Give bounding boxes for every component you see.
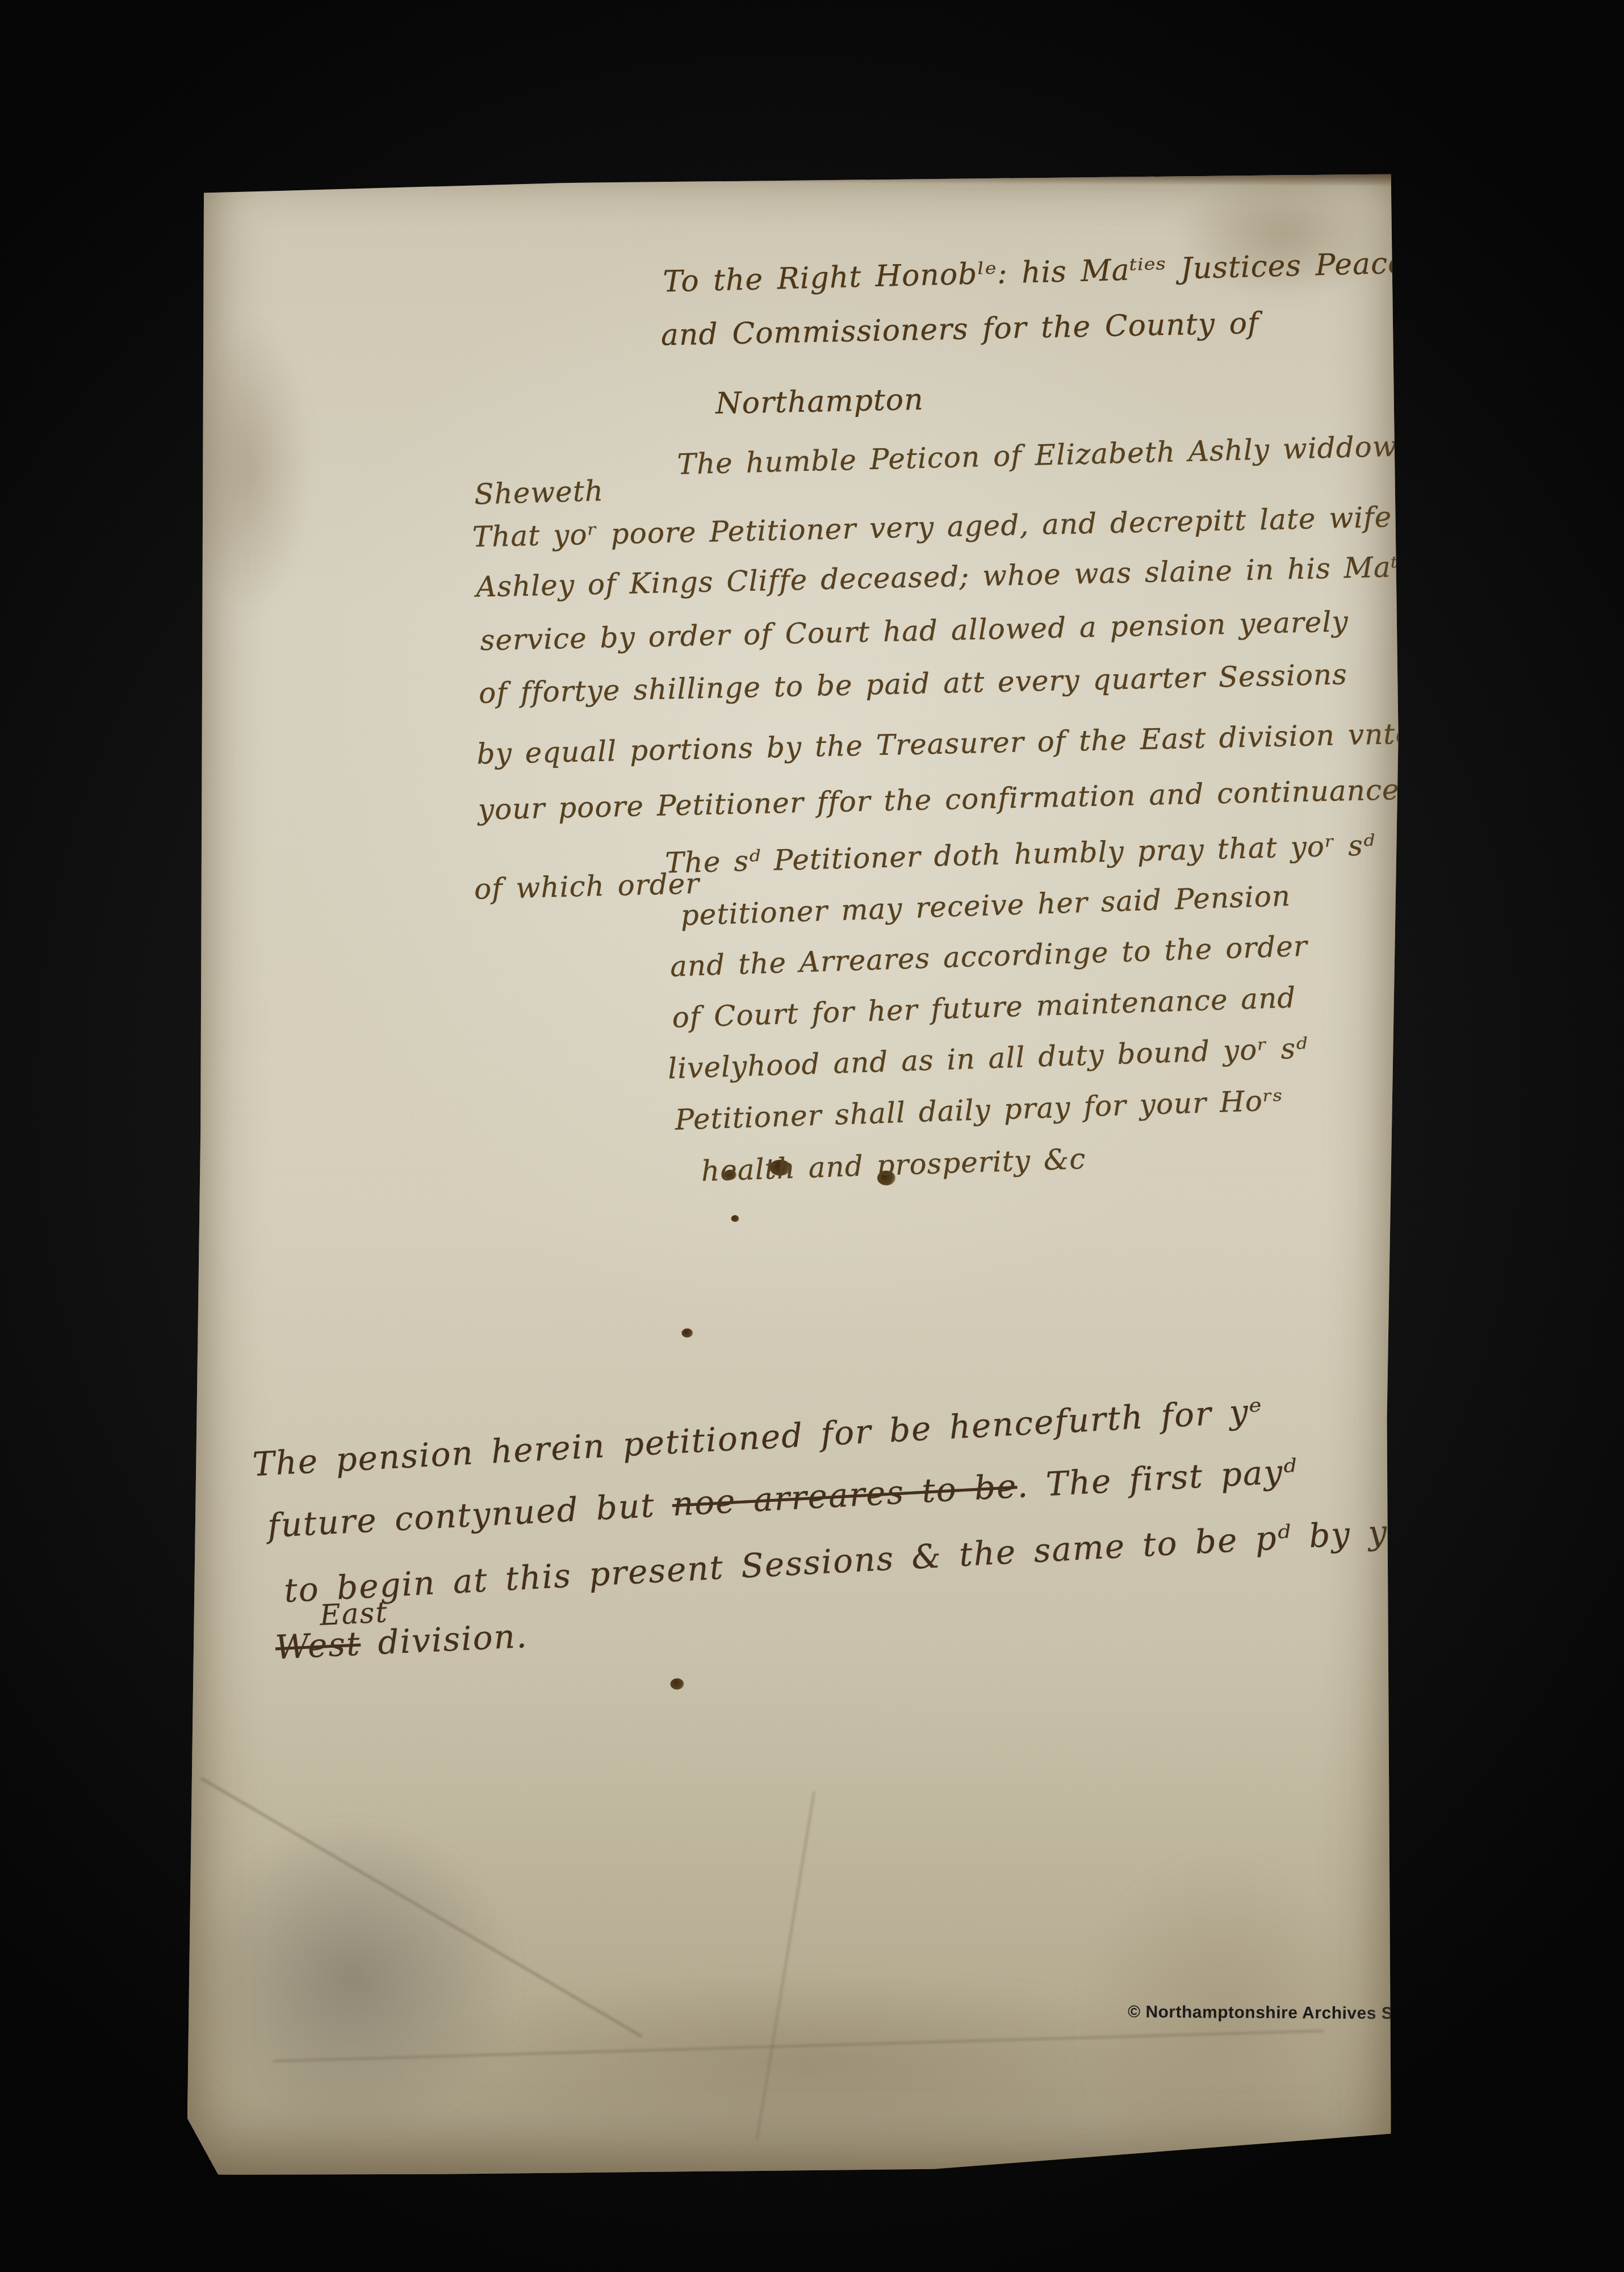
body-line: of ffortye shillinge to be paid att ever… (479, 658, 1348, 709)
prayer-line: of Court for her future maintenance and (672, 981, 1296, 1034)
photograph-background: To the Right Honobˡᵉ: his Maᵗⁱᵉˢ Justice… (0, 0, 1624, 2272)
paper-crease (756, 1791, 815, 2139)
paper-crease (200, 1777, 643, 2037)
body-line: Ashley of Kings Cliffe deceased; whoe wa… (476, 550, 1427, 604)
ink-blot (681, 1329, 693, 1338)
paper-stain (1027, 1791, 1416, 2259)
petition-heading-line1: To the Right Honobˡᵉ: his Maᵗⁱᵉˢ Justice… (663, 246, 1407, 299)
court-order-struck-text: noe arreares to be (671, 1467, 1018, 1523)
court-order-line4: West division. (274, 1617, 528, 1667)
ink-blot (670, 1678, 684, 1690)
paper-stain (162, 269, 334, 667)
paper-stain (1135, 150, 1432, 322)
prayer-line: and the Arreares accordinge to the order (669, 929, 1308, 983)
sheweth-label: Sheweth (474, 474, 604, 511)
paper-stain (119, 1757, 587, 2203)
prayer-line: health and prosperity &c (701, 1142, 1086, 1188)
manuscript-paper: To the Right Honobˡᵉ: his Maᵗⁱᵉˢ Justice… (187, 167, 1403, 2182)
paper-crease (273, 2029, 1323, 2062)
prayer-line: livelyhood and as in all duty bound yoʳ … (667, 1031, 1308, 1085)
court-order-division-text: division. (359, 1617, 528, 1663)
court-order-line2-text: future contynued but (266, 1485, 673, 1545)
body-line: service by order of Court had allowed a … (480, 605, 1349, 657)
archive-watermark: © Northamptonshire Archives Service (1128, 2003, 1444, 2024)
court-order-line2-end: . The first payᵈ (1016, 1452, 1299, 1505)
body-line: That yoʳ poore Petitioner very aged, and… (472, 497, 1561, 554)
prayer-line: Petitioner shall daily pray for your Hoʳ… (675, 1084, 1284, 1137)
ink-blot (731, 1215, 739, 1222)
prayer-line: The sᵈ Petitioner doth humbly pray that … (665, 829, 1376, 880)
prayer-line: petitioner may receive her said Pension (680, 879, 1291, 932)
petition-heading-line2: and Commissioners for the County of (660, 306, 1259, 352)
petition-title-line: The humble Peticon of Elizabeth Ashly wi… (677, 429, 1425, 481)
court-order-struck-west: West (274, 1624, 361, 1667)
petition-heading-line3: Northampton (715, 383, 924, 421)
body-line: by equall portions by the Treasurer of t… (476, 717, 1413, 771)
paper-stain (255, 1939, 1364, 2185)
body-line: your poore Petitioner ffor the confirmat… (478, 773, 1400, 826)
